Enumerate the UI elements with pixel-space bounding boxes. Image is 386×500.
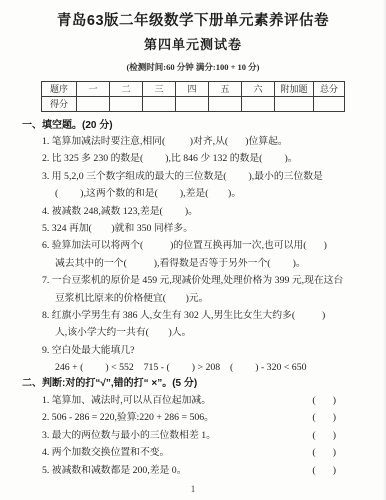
judge-item-5: 5. 被减数和减数都是 200,差是 0。 ( ) — [22, 462, 364, 480]
fill-item-3-line2: ( ),这两个数的和是( ),差是( )。 — [22, 185, 364, 202]
judge-item-text: 2. 506 - 286 = 220,验算:220 + 286 = 506。 — [42, 409, 214, 427]
score-row-label: 得分 — [42, 97, 77, 112]
fill-item-9: 9. 空白处最大能填几? — [22, 342, 364, 359]
section-judge-body: 1. 笔算加、减法时,可以从百位起加减。 ( ) 2. 506 - 286 = … — [22, 392, 364, 480]
score-header-cell: 总分 — [314, 82, 345, 97]
fill-item-7-line2: 豆浆机比原来的价格便宜( )元。 — [22, 290, 364, 307]
score-header-cell: 六 — [242, 82, 275, 97]
score-cell-empty — [77, 97, 110, 112]
score-header-cell: 一 — [77, 82, 110, 97]
judge-answer-blank: ( ) — [312, 462, 336, 480]
fill-item-9-equations: 246 + ( ) < 552 715 - ( ) > 208 ( ) - 32… — [22, 359, 364, 376]
exam-info: (检测时间:60 分钟 满分:100 + 10 分) — [22, 62, 364, 72]
fill-item-6-line1: 6. 验算加法可以将两个( )的位置互换再加一次,也可以用( ) — [22, 237, 364, 254]
score-header-cell: 附加题 — [275, 82, 314, 97]
score-cell-empty — [209, 97, 242, 112]
judge-item-1: 1. 笔算加、减法时,可以从百位起加减。 ( ) — [22, 392, 364, 410]
score-header-cell: 三 — [143, 82, 176, 97]
score-table-score-row: 得分 — [42, 97, 345, 112]
unit-title: 第四单元测试卷 — [22, 37, 364, 52]
judge-item-text: 3. 最大的两位数与最小的三位数相差 1。 — [42, 427, 216, 445]
fill-item-1: 1. 笔算加减法时要注意,相同( )对齐,从( )位算起。 — [22, 133, 364, 150]
fill-item-7-line1: 7. 一台豆浆机的原价是 459 元,现减价处理,处理价格为 399 元,现在这… — [22, 272, 364, 289]
score-header-cell: 二 — [110, 82, 143, 97]
paper-title: 青岛63版二年级数学下册单元素养评估卷 — [22, 13, 364, 29]
judge-item-text: 4. 两个加数交换位置和不变。 — [42, 444, 169, 462]
score-cell-empty — [242, 97, 275, 112]
fill-item-8-line2: 人,该小学大约一共有( )人。 — [22, 324, 364, 341]
section-fill-heading: 一、填空题。(20 分) — [22, 120, 364, 132]
judge-answer-blank: ( ) — [312, 427, 336, 445]
fill-item-6-line2: 减去其中的一个( ),看得数是否等于另外一个( )。 — [22, 255, 364, 272]
test-paper-page: 青岛63版二年级数学下册单元素养评估卷 第四单元测试卷 (检测时间:60 分钟 … — [0, 0, 386, 500]
judge-answer-blank: ( ) — [312, 392, 336, 410]
fill-item-2: 2. 比 325 多 230 的数是( ),比 846 少 132 的数是( )… — [22, 150, 364, 167]
judge-item-2: 2. 506 - 286 = 220,验算:220 + 286 = 506。 (… — [22, 409, 364, 427]
fill-item-4: 4. 被减数 248,减数 123,差是( )。 — [22, 203, 364, 220]
score-header-cell: 题序 — [42, 82, 77, 97]
judge-answer-blank: ( ) — [312, 409, 336, 427]
fill-item-8-line1: 8. 红旗小学男生有 386 人,女生有 302 人,男生比女生大约多( ) — [22, 307, 364, 324]
fill-item-3-line1: 3. 用 5,2,0 三个数字组成的最大的三位数是( ),最小的三位数是 — [22, 168, 364, 185]
section-fill-body: 1. 笔算加减法时要注意,相同( )对齐,从( )位算起。 2. 比 325 多… — [22, 133, 364, 377]
judge-answer-blank: ( ) — [312, 444, 336, 462]
score-cell-empty — [110, 97, 143, 112]
score-header-cell: 五 — [209, 82, 242, 97]
fill-item-5: 5. 324 再加( )就和 350 同样多。 — [22, 220, 364, 237]
score-table: 题序 一 二 三 四 五 六 附加题 总分 得分 — [41, 81, 345, 112]
score-cell-empty — [275, 97, 314, 112]
judge-item-text: 1. 笔算加、减法时,可以从百位起加减。 — [42, 392, 211, 410]
judge-item-4: 4. 两个加数交换位置和不变。 ( ) — [22, 444, 364, 462]
score-header-cell: 四 — [176, 82, 209, 97]
score-cell-empty — [143, 97, 176, 112]
score-table-header-row: 题序 一 二 三 四 五 六 附加题 总分 — [42, 82, 345, 97]
section-judge-heading: 二、判断:对的打“√”,错的打“ ×”。(5 分) — [22, 378, 364, 390]
judge-item-3: 3. 最大的两位数与最小的三位数相差 1。 ( ) — [22, 427, 364, 445]
page-number: 1 — [22, 484, 364, 494]
score-cell-empty — [176, 97, 209, 112]
score-cell-empty — [314, 97, 345, 112]
judge-item-text: 5. 被减数和减数都是 200,差是 0。 — [42, 462, 187, 480]
